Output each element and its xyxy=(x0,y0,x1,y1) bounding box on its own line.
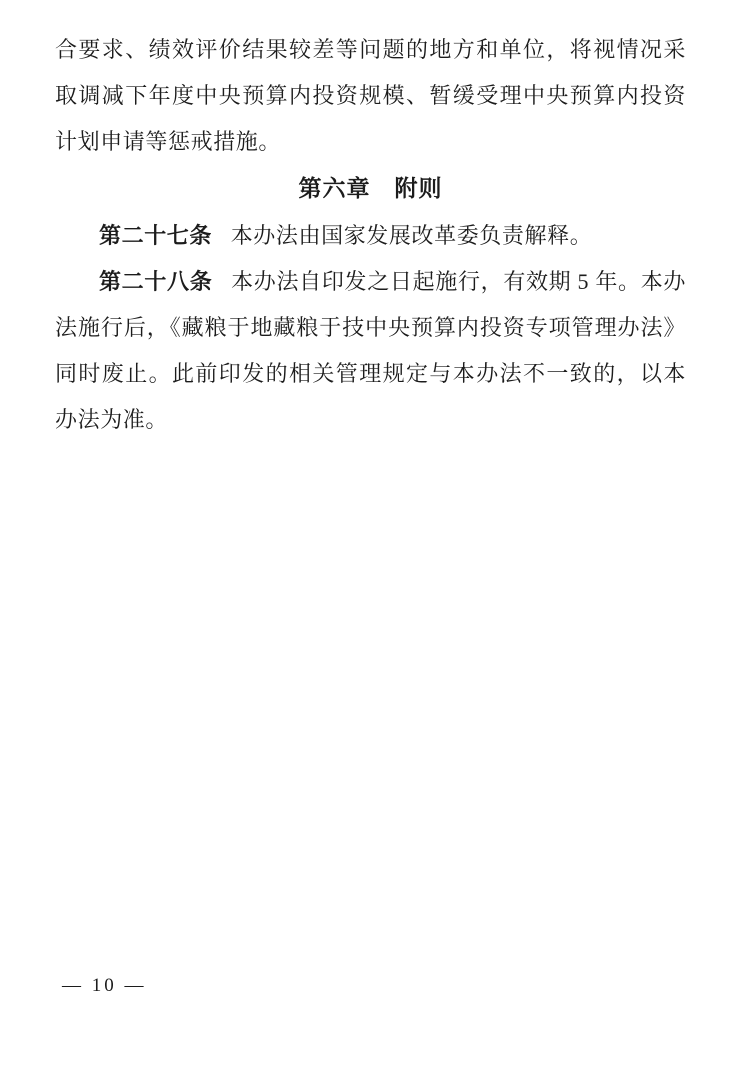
article-27-body: 本办法由国家发展改革委负责解释。 xyxy=(231,223,593,248)
article-28: 第二十八条本办法自印发之日起施行，有效期 5 年。本办法施行后，《藏粮于地藏粮于… xyxy=(55,259,686,443)
article-28-number: 第二十八条 xyxy=(99,269,212,294)
document-content: 合要求、绩效评价结果较差等问题的地方和单位，将视情况采取调减下年度中央预算内投资… xyxy=(55,27,686,443)
article-27-number: 第二十七条 xyxy=(99,223,212,248)
paragraph-penalty-measures: 合要求、绩效评价结果较差等问题的地方和单位，将视情况采取调减下年度中央预算内投资… xyxy=(55,27,686,165)
chapter-heading: 第六章 附则 xyxy=(55,165,686,213)
article-27: 第二十七条本办法由国家发展改革委负责解释。 xyxy=(55,213,686,259)
document-page: 合要求、绩效评价结果较差等问题的地方和单位，将视情况采取调减下年度中央预算内投资… xyxy=(0,0,740,1068)
page-number: — 10 — xyxy=(62,974,147,998)
